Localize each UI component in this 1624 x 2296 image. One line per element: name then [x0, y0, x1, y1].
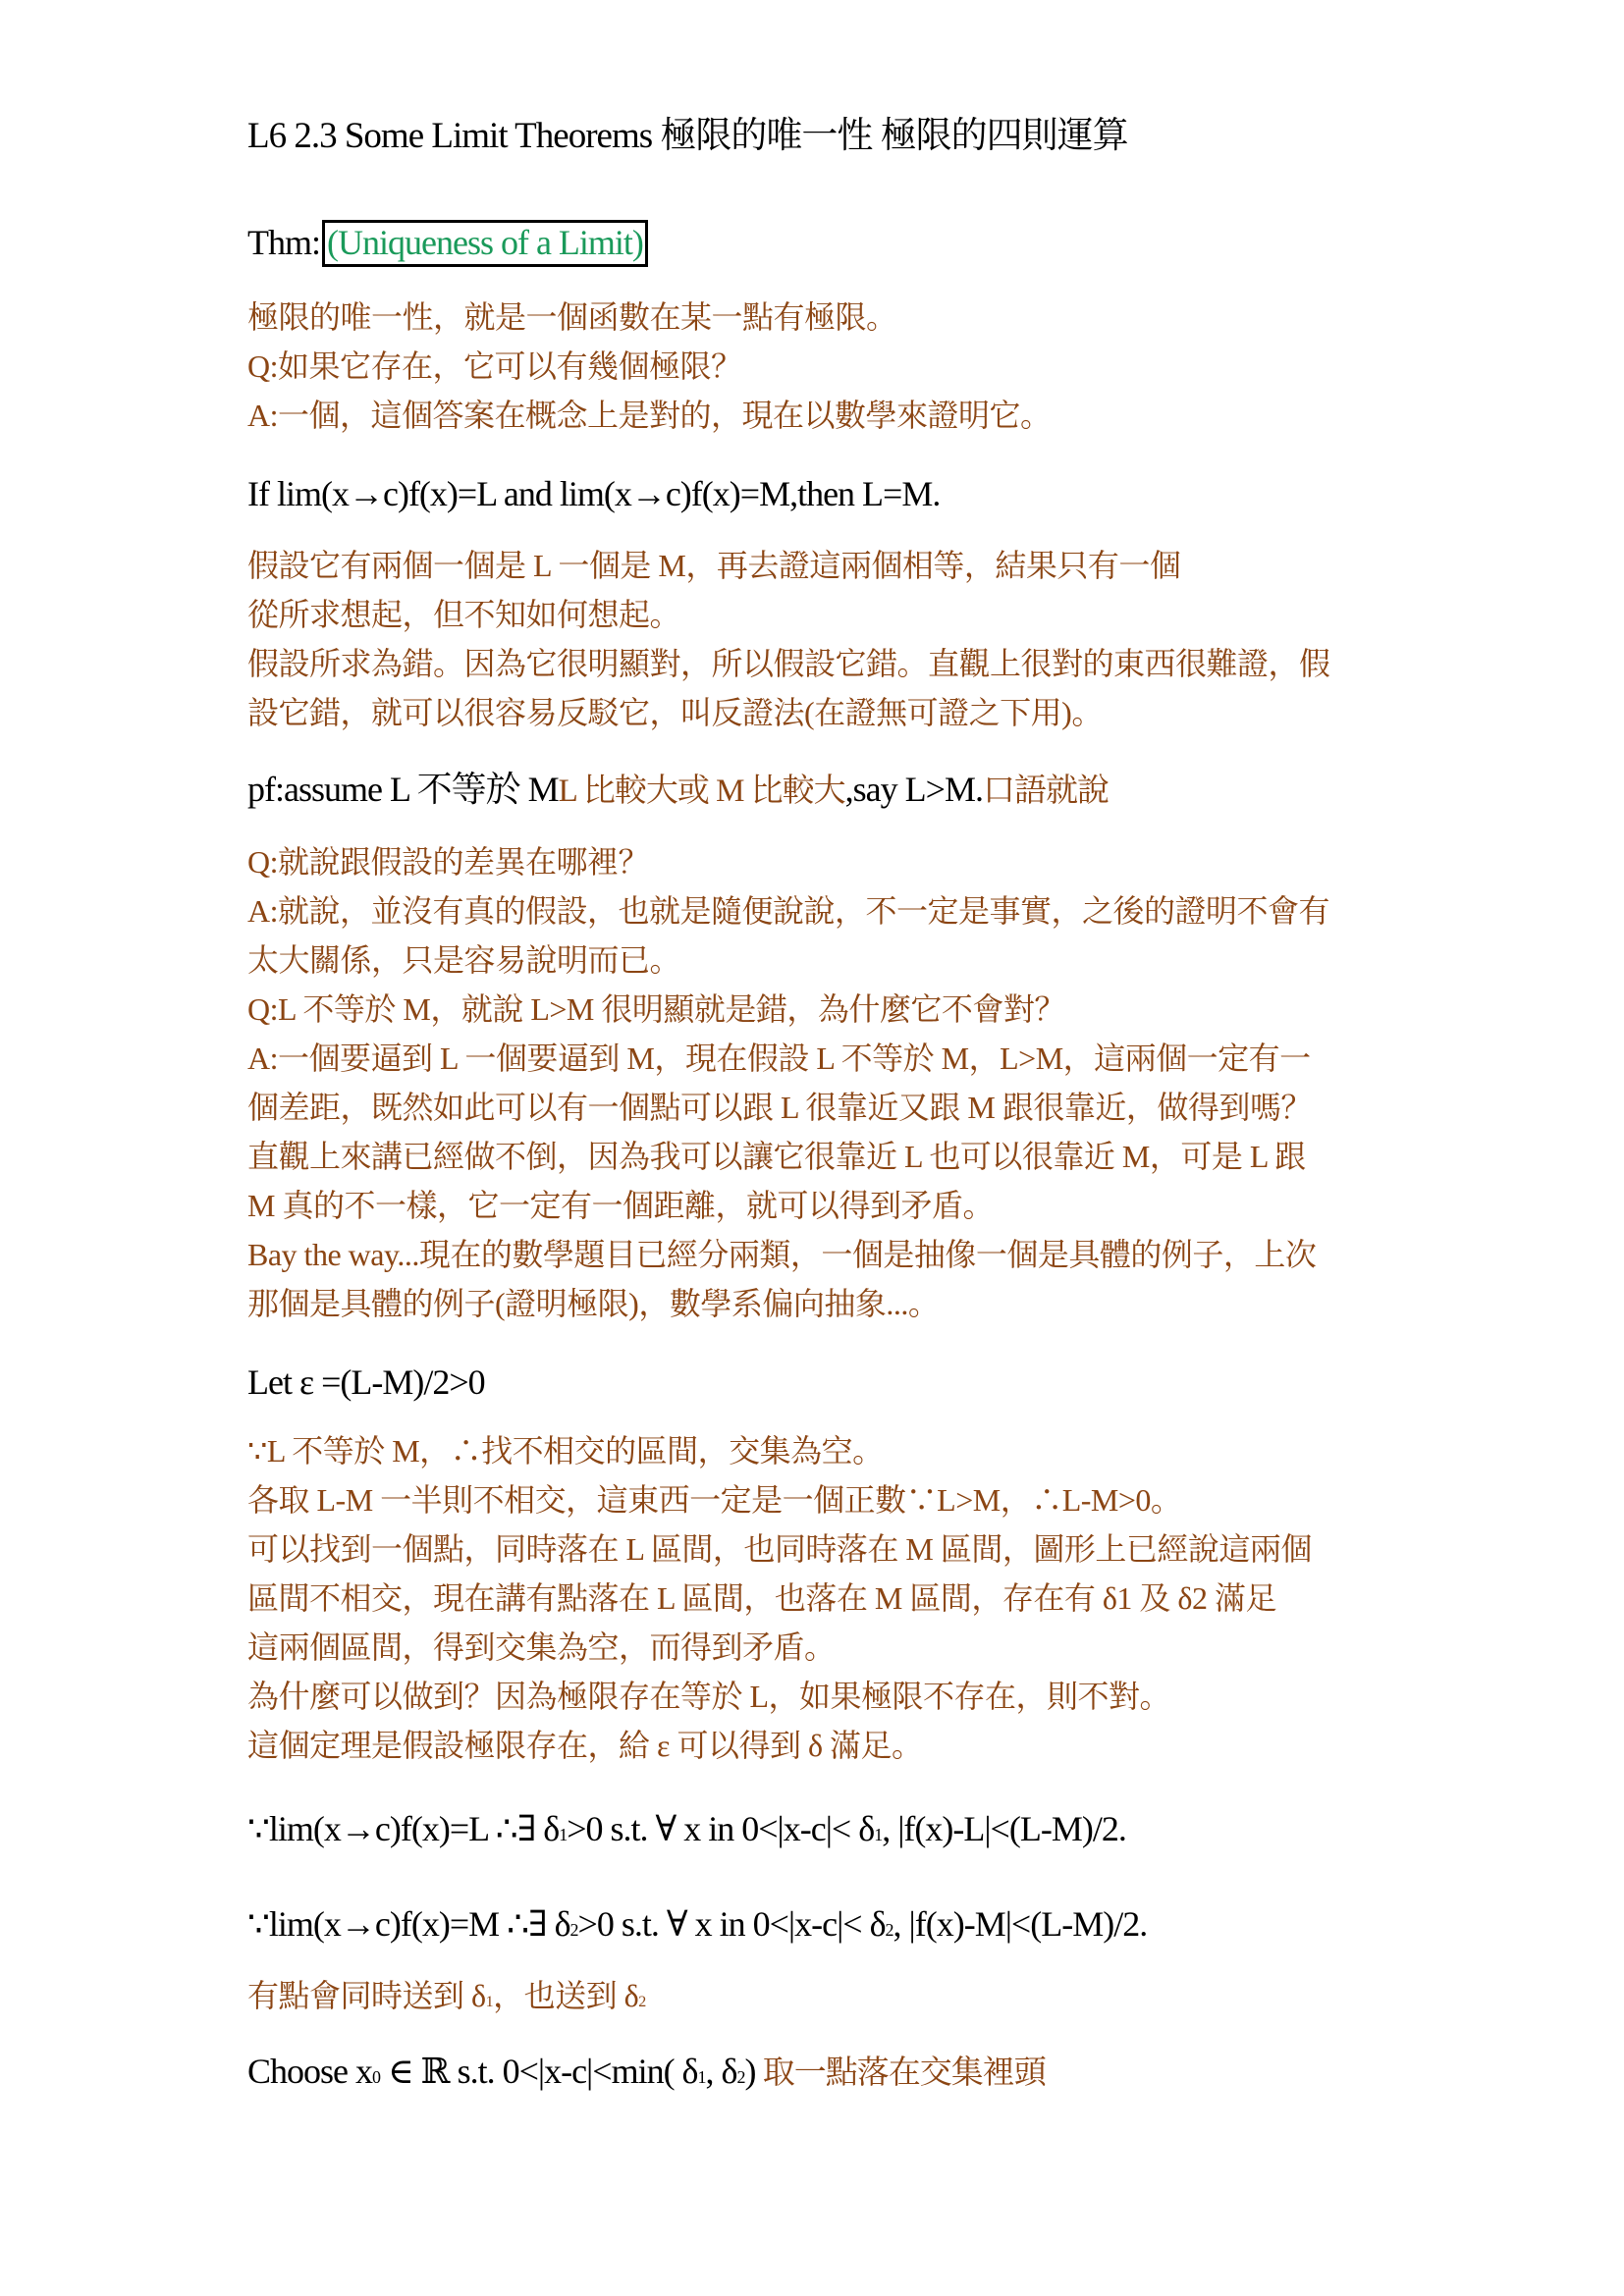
subscript: 2: [737, 2067, 745, 2087]
note-line: A:就說，並沒有真的假設，也就是隨便說說，不一定是事實，之後的證明不會有: [247, 895, 1329, 927]
proof-start: pf:assume L 不等於 ML 比較大或 M 比較大,say L>M.口語…: [247, 772, 1109, 808]
proof-note: 口語就說: [983, 774, 1109, 809]
note-line: Q:如果它存在，它可以有幾個極限？: [247, 350, 742, 382]
subscript: 2: [886, 1920, 893, 1940]
math-text: , δ: [706, 2052, 737, 2091]
subscript: 1: [559, 1825, 567, 1844]
subscript: 2: [638, 1994, 646, 2010]
math-text: Choose x: [247, 2052, 372, 2091]
note-text: 取一點落在交集裡頭: [756, 2056, 1046, 2091]
note-line: 那個是具體的例子(證明極限)，數學系偏向抽象...。: [247, 1288, 939, 1319]
note-line: 設它錯，就可以很容易反駁它，叫反證法(在證無可證之下用)。: [247, 697, 1103, 728]
note-line: M 真的不一樣，它一定有一個距離，就可以得到矛盾。: [247, 1190, 994, 1221]
note-line: 這兩個區間，得到交集為空，而得到矛盾。: [247, 1631, 836, 1663]
note-line: 假設所求為錯。因為它很明顯對，所以假設它錯。直觀上很對的東西很難證，假: [247, 648, 1330, 679]
page-title: L6 2.3 Some Limit Theorems 極限的唯一性 極限的四則運…: [247, 118, 1128, 154]
note-line: 可以找到一個點，同時落在 L 區間，也同時落在 M 區間，圖形上已經說這兩個: [247, 1533, 1312, 1565]
note-line: A:一個，這個答案在概念上是對的，現在以數學來證明它。: [247, 400, 1052, 431]
math-text: , |f(x)-L|<(L-M)/2.: [882, 1809, 1126, 1848]
note-line: ∵L 不等於 M，∴找不相交的區間，交集為空。: [247, 1435, 884, 1467]
choose-point-statement: Choose x0 ∈ ℝ s.t. 0<|x-c|<min( δ1, δ2) …: [247, 2054, 1046, 2090]
math-text: ∵lim(x→c)f(x)=L ∴∃ δ: [247, 1809, 559, 1848]
both-deltas-note: 有點會同時送到 δ1，也送到 δ2: [247, 1980, 646, 2011]
note-line: Q:L 不等於 M，就說 L>M 很明顯就是錯，為什麼它不會對？: [247, 993, 1065, 1025]
note-line: 直觀上來講已經做不倒，因為我可以讓它很靠近 L 也可以很靠近 M，可是 L 跟: [247, 1141, 1306, 1172]
note-line: Bay the way...現在的數學題目已經分兩類，一個是抽像一個是具體的例子…: [247, 1239, 1316, 1270]
math-text: ∈ ℝ s.t. 0<|x-c|<min( δ: [380, 2052, 698, 2091]
theorem-prefix: Thm:: [247, 223, 320, 262]
math-text: >0 s.t. ∀ x in 0<|x-c|< δ: [567, 1809, 874, 1848]
note-text: ，也送到 δ: [493, 1978, 638, 2013]
proof-say: ,say L>M.: [845, 770, 983, 809]
note-line: 極限的唯一性，就是一個函數在某一點有極限。: [247, 301, 897, 333]
math-text: ): [745, 2052, 756, 2091]
subscript: 1: [698, 2067, 706, 2087]
delta1-statement: ∵lim(x→c)f(x)=L ∴∃ δ1>0 s.t. ∀ x in 0<|x…: [247, 1811, 1126, 1846]
subscript: 0: [372, 2067, 380, 2087]
note-text: 有點會同時送到 δ: [247, 1978, 486, 2013]
proof-note: L 比較大或 M 比較大: [559, 774, 845, 809]
note-line: 假設它有兩個一個是 L 一個是 M，再去證這兩個相等，結果只有一個: [247, 550, 1180, 581]
note-line: 為什麼可以做到？因為極限存在等於 L，如果極限不存在，則不對。: [247, 1681, 1170, 1712]
note-line: 各取 L-M 一半則不相交，這東西一定是一個正數∵L>M，∴L-M>0。: [247, 1484, 1181, 1516]
note-line: 太大關係，只是容易說明而已。: [247, 944, 680, 976]
note-line: 個差距，既然如此可以有一個點可以跟 L 很靠近又跟 M 跟很靠近，做得到嗎？: [247, 1092, 1312, 1123]
proof-assumption: pf:assume L 不等於 M: [247, 770, 559, 809]
note-line: 從所求想起，但不知如何想起。: [247, 599, 680, 630]
note-line: A:一個要逼到 L 一個要逼到 M，現在假設 L 不等於 M，L>M，這兩個一定…: [247, 1042, 1311, 1074]
subscript: 1: [874, 1825, 882, 1844]
note-line: 區間不相交，現在講有點落在 L 區間，也落在 M 區間，存在有 δ1 及 δ2 …: [247, 1582, 1276, 1614]
note-line: Q:就說跟假設的差異在哪裡？: [247, 846, 649, 878]
theorem-name-box: (Uniqueness of a Limit): [322, 220, 648, 267]
note-line: 這個定理是假設極限存在，給 ε 可以得到 δ 滿足。: [247, 1730, 923, 1761]
epsilon-definition: Let ε =(L-M)/2>0: [247, 1364, 485, 1400]
math-text: ∵lim(x→c)f(x)=M ∴∃ δ: [247, 1904, 570, 1944]
math-text: >0 s.t. ∀ x in 0<|x-c|< δ: [578, 1904, 886, 1944]
math-text: , |f(x)-M|<(L-M)/2.: [893, 1904, 1148, 1944]
theorem-statement: If lim(x→c)f(x)=L and lim(x→c)f(x)=M,the…: [247, 476, 940, 511]
subscript: 2: [570, 1920, 578, 1940]
subscript: 1: [486, 1994, 494, 2010]
delta2-statement: ∵lim(x→c)f(x)=M ∴∃ δ2>0 s.t. ∀ x in 0<|x…: [247, 1906, 1147, 1942]
theorem-heading: Thm:(Uniqueness of a Limit): [247, 220, 648, 267]
